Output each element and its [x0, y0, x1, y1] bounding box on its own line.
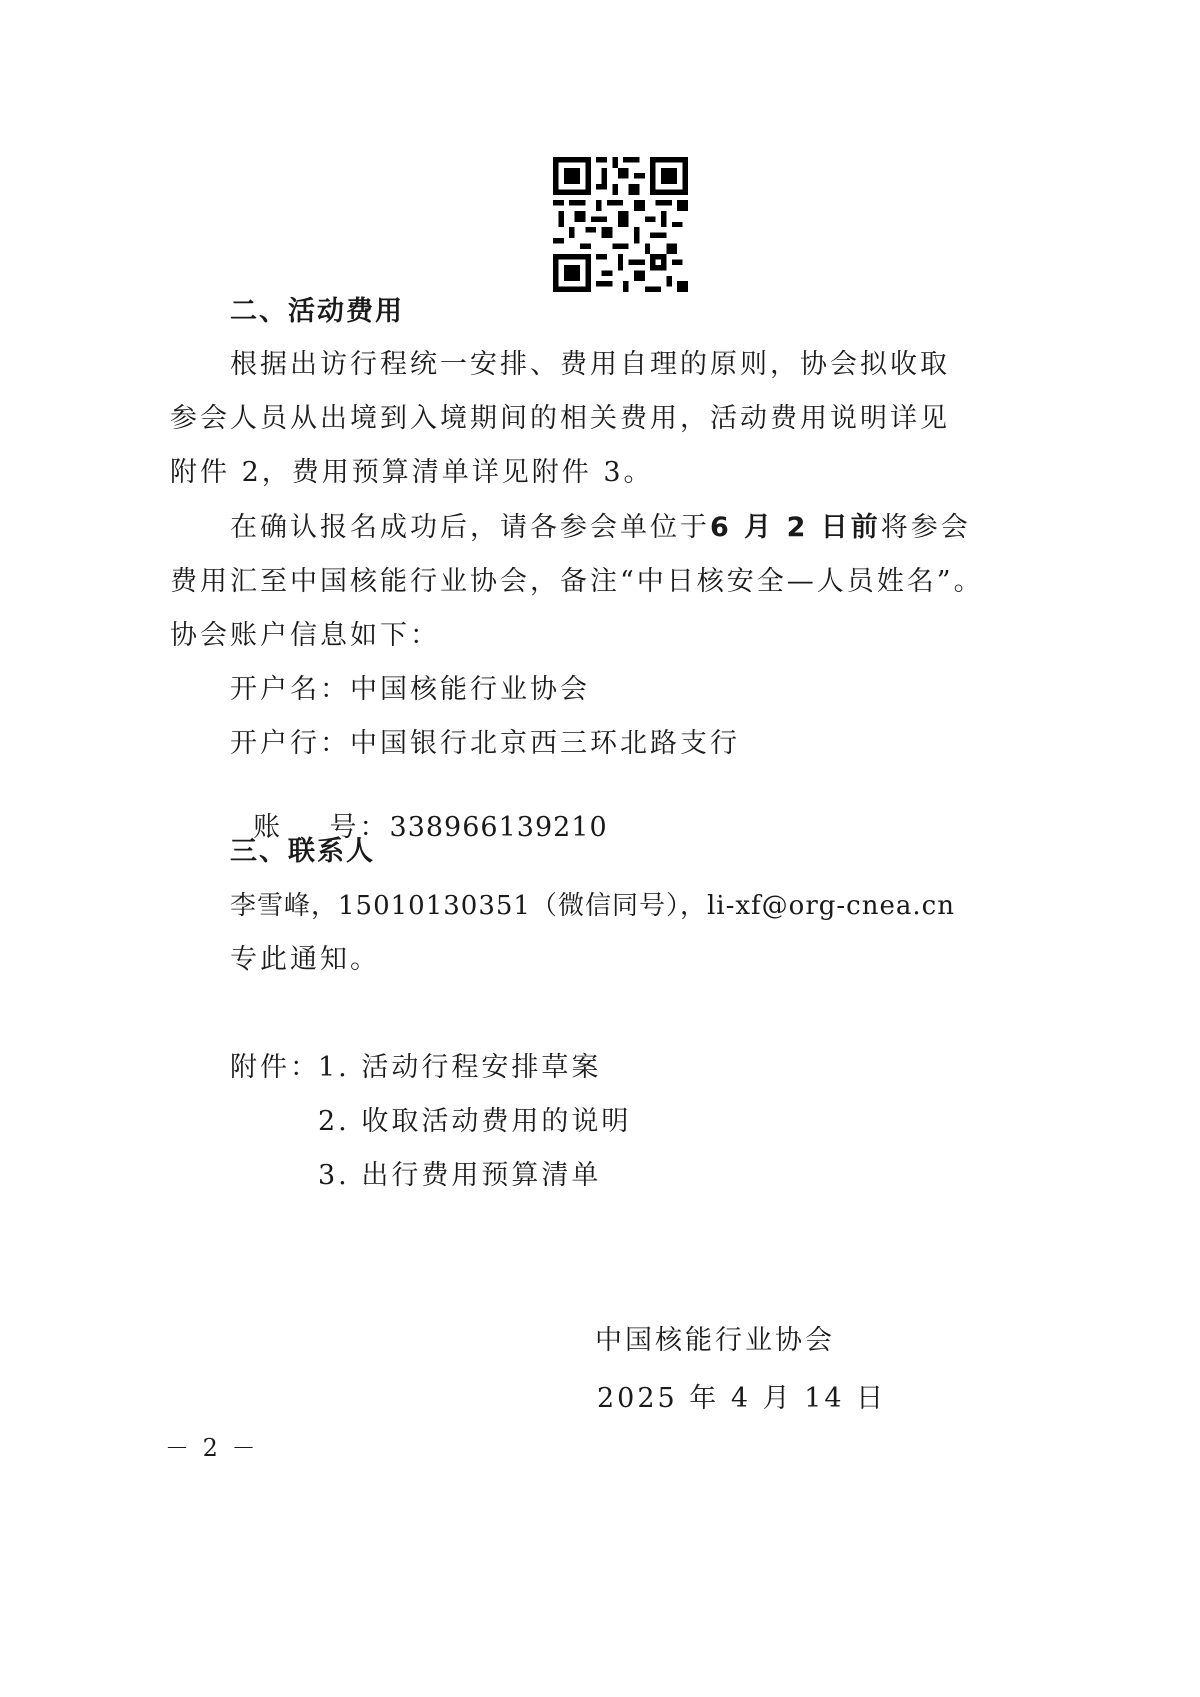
closing-text: 专此通知。 — [230, 945, 380, 975]
account-bank-value: 中国银行北京西三环北路支行 — [350, 728, 740, 759]
account-name-value: 中国核能行业协会 — [350, 674, 590, 705]
account-number-value: 338966139210 — [390, 812, 608, 843]
section-heading-fees: 二、活动费用 — [230, 297, 404, 327]
signature-org: 中国核能行业协会 — [595, 1326, 835, 1356]
paragraph-line: 参会人员从出境到入境期间的相关费用，活动费用说明详见 — [170, 404, 950, 434]
attachment-item: 3. 出行费用预算清单 — [318, 1161, 601, 1191]
page-number: － 2 － — [165, 1433, 259, 1463]
contact-info: 李雪峰，15010130351（微信同号），li-xf@org-cnea.cn — [230, 891, 955, 921]
paragraph-line: 附件 2，费用预算清单详见附件 3。 — [170, 458, 654, 488]
text-segment: 将参会 — [881, 512, 971, 543]
attachment-item: 2. 收取活动费用的说明 — [318, 1107, 631, 1137]
attachments-label: 附件： — [230, 1053, 320, 1083]
signature-date: 2025 年 4 月 14 日 — [597, 1384, 886, 1414]
account-name-row: 开户名：中国核能行业协会 — [230, 675, 590, 705]
account-bank-label: 开户行： — [230, 728, 350, 759]
deadline-text: 6 月 2 日前 — [710, 512, 881, 543]
account-name-label: 开户名： — [230, 674, 350, 705]
paragraph-line: 费用汇至中国核能行业协会，备注“中日核安全—人员姓名”。 — [170, 567, 984, 597]
account-number-row: 账 号：338966139210 — [230, 783, 608, 843]
text-segment: 在确认报名成功后，请各参会单位于 — [230, 512, 710, 543]
paragraph-line: 协会账户信息如下： — [170, 621, 440, 651]
section-heading-contact: 三、联系人 — [230, 837, 375, 867]
attachment-item: 1. 活动行程安排草案 — [318, 1053, 601, 1083]
paragraph-line: 在确认报名成功后，请各参会单位于6 月 2 日前将参会 — [230, 513, 971, 543]
account-bank-row: 开户行：中国银行北京西三环北路支行 — [230, 729, 740, 759]
paragraph-line: 根据出访行程统一安排、费用自理的原则，协会拟收取 — [230, 350, 950, 380]
qr-code-icon — [553, 157, 688, 292]
